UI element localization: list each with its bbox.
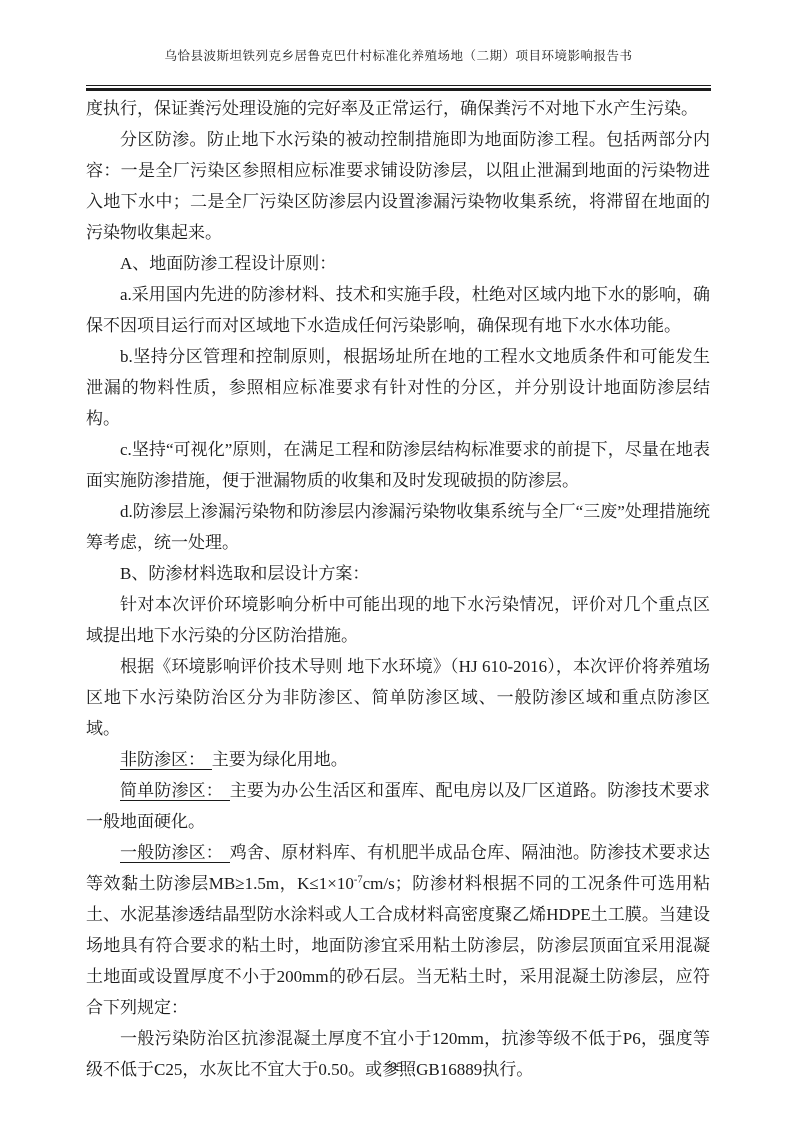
section-label-underlined: 一般防渗区： — [120, 843, 230, 863]
body-paragraph-item-a: a.采用国内先进的防渗材料、技术和实施手段，杜绝对区域内地下水的影响，确保不因项… — [86, 279, 710, 341]
body-paragraph-general-seepage-zone: 一般防渗区：鸡舍、原材料库、有机肥半成品仓库、隔油池。防渗技术要求达等效黏土防渗… — [86, 837, 710, 1023]
superscript-exponent: -7 — [354, 874, 363, 885]
header-title: 乌恰县波斯坦铁列克乡居鲁克巴什村标准化养殖场地（二期）项目环境影响报告书 — [86, 48, 711, 64]
page-number: 95 — [0, 1060, 793, 1075]
body-paragraph-heading-a: A、地面防渗工程设计原则： — [86, 248, 710, 279]
paragraph-text: 主要为绿化用地。 — [212, 750, 348, 769]
body-paragraph-simple-seepage-zone: 简单防渗区：主要为办公生活区和蛋库、配电房以及厂区道路。防渗技术要求一般地面硬化… — [86, 775, 710, 837]
body-paragraph-continuation: 度执行，保证粪污处理设施的完好率及正常运行，确保粪污不对地下水产生污染。 — [86, 93, 710, 124]
section-label-underlined: 非防渗区： — [120, 750, 212, 770]
paragraph-text: cm/s；防渗材料根据不同的工况条件可选用粘土、水泥基渗透结晶型防水涂料或人工合… — [86, 874, 710, 1017]
document-body: 度执行，保证粪污处理设施的完好率及正常运行，确保粪污不对地下水产生污染。 分区防… — [86, 93, 710, 1085]
body-paragraph-item-b: b.坚持分区管理和控制原则，根据场址所在地的工程水文地质条件和可能发生泄漏的物料… — [86, 341, 710, 434]
section-label-underlined: 简单防渗区： — [120, 781, 230, 801]
body-paragraph: 根据《环境影响评价技术导则 地下水环境》（HJ 610-2016），本次评价将养… — [86, 651, 710, 744]
body-paragraph: 一般污染防治区抗渗混凝土厚度不宜小于120mm，抗渗等级不低于P6，强度等级不低… — [86, 1023, 710, 1085]
body-paragraph-item-d: d.防渗层上渗漏污染物和防渗层内渗漏污染物收集系统与全厂“三废”处理措施统筹考虑… — [86, 496, 710, 558]
body-paragraph: 针对本次评价环境影响分析中可能出现的地下水污染情况，评价对几个重点区域提出地下水… — [86, 589, 710, 651]
body-paragraph-non-seepage-zone: 非防渗区：主要为绿化用地。 — [86, 744, 710, 775]
document-page: 乌恰县波斯坦铁列克乡居鲁克巴什村标准化养殖场地（二期）项目环境影响报告书 度执行… — [0, 0, 793, 1122]
page-header: 乌恰县波斯坦铁列克乡居鲁克巴什村标准化养殖场地（二期）项目环境影响报告书 — [86, 48, 711, 91]
body-paragraph: 分区防渗。防止地下水污染的被动控制措施即为地面防渗工程。包括两部分内容：一是全厂… — [86, 124, 710, 248]
header-rule — [86, 85, 711, 91]
body-paragraph-item-c: c.坚持“可视化”原则，在满足工程和防渗层结构标准要求的前提下，尽量在地表面实施… — [86, 434, 710, 496]
body-paragraph-heading-b: B、防渗材料选取和层设计方案： — [86, 558, 710, 589]
